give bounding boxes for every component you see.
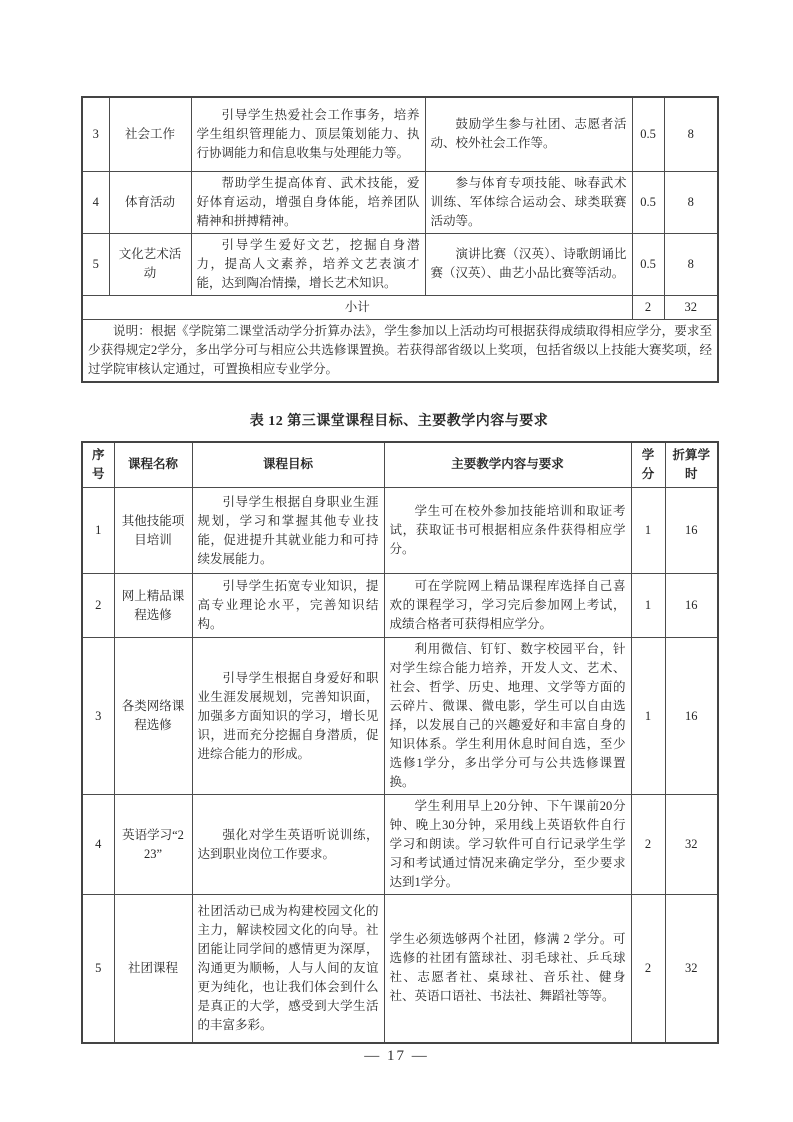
cell-course-name: 英语学习“223” bbox=[114, 795, 192, 895]
cell-seq-no: 3 bbox=[82, 638, 114, 795]
cell-seq-no: 3 bbox=[82, 97, 109, 171]
table12-title: 表 12 第三课堂课程目标、主要教学内容与要求 bbox=[81, 410, 717, 430]
cell-course-objective: 强化对学生英语听说训练，达到职业岗位工作要求。 bbox=[192, 795, 384, 895]
cell-credit: 0.5 bbox=[632, 97, 664, 171]
table-row: 3 社会工作 引导学生热爱社会工作事务，培养学生组织管理能力、顶层策划能力、执行… bbox=[82, 97, 718, 171]
cell-teaching-content: 参与体育专项技能、咏春武术训练、军体综合运动会、球类联赛活动等。 bbox=[425, 171, 632, 233]
table-row: 5 社团课程 社团活动已成为构建校园文化的主力，解读校园文化的向导。社团能让同学… bbox=[82, 895, 718, 1043]
table-row: 1 其他技能项目培训 引导学生根据自身职业生涯规划，学习和掌握其他专业技能，促进… bbox=[82, 488, 718, 574]
cell-teaching-content: 可在学院网上精品课程库选择自己喜欢的课程学习，学习完后参加网上考试，成绩合格者可… bbox=[384, 574, 631, 638]
header-hours: 折算学时 bbox=[665, 442, 718, 488]
third-classroom-courses-table: 序号 课程名称 课程目标 主要教学内容与要求 学分 折算学时 1 其他技能项目培… bbox=[81, 441, 719, 1044]
cell-teaching-content: 学生必须选够两个社团，修满 2 学分。可选修的社团有篮球社、羽毛球社、乒乓球社、… bbox=[384, 895, 631, 1043]
cell-credit: 2 bbox=[631, 895, 665, 1043]
cell-course-name: 文化艺术活动 bbox=[109, 233, 191, 295]
subtotal-hours: 32 bbox=[664, 295, 718, 319]
header-seq-no: 序号 bbox=[82, 442, 114, 488]
cell-course-objective: 引导学生热爱社会工作事务，培养学生组织管理能力、顶层策划能力、执行协调能力和信息… bbox=[191, 97, 425, 171]
subtotal-label: 小计 bbox=[82, 295, 632, 319]
cell-seq-no: 4 bbox=[82, 795, 114, 895]
table-row: 2 网上精品课程选修 引导学生拓宽专业知识，提高专业理论水平，完善知识结构。 可… bbox=[82, 574, 718, 638]
cell-course-objective: 引导学生拓宽专业知识，提高专业理论水平，完善知识结构。 bbox=[192, 574, 384, 638]
cell-credit: 0.5 bbox=[632, 171, 664, 233]
second-classroom-activities-table: 3 社会工作 引导学生热爱社会工作事务，培养学生组织管理能力、顶层策划能力、执行… bbox=[81, 96, 719, 383]
cell-hours: 32 bbox=[665, 895, 718, 1043]
cell-course-objective: 引导学生爱好文艺，挖掘自身潜力，提高人文素养，培养文艺表演才能，达到陶冶情操，增… bbox=[191, 233, 425, 295]
cell-course-name: 网上精品课程选修 bbox=[114, 574, 192, 638]
table-header-row: 序号 课程名称 课程目标 主要教学内容与要求 学分 折算学时 bbox=[82, 442, 718, 488]
cell-teaching-content: 鼓励学生参与社团、志愿者活动、校外社会工作等。 bbox=[425, 97, 632, 171]
cell-credit: 1 bbox=[631, 638, 665, 795]
table-row: 4 英语学习“223” 强化对学生英语听说训练，达到职业岗位工作要求。 学生利用… bbox=[82, 795, 718, 895]
cell-seq-no: 5 bbox=[82, 233, 109, 295]
header-course-name: 课程名称 bbox=[114, 442, 192, 488]
cell-hours: 8 bbox=[664, 233, 718, 295]
cell-course-name: 社团课程 bbox=[114, 895, 192, 1043]
table-row: 4 体育活动 帮助学生提高体育、武术技能，爱好体育运动，增强自身体能，培养团队精… bbox=[82, 171, 718, 233]
cell-hours: 8 bbox=[664, 97, 718, 171]
cell-seq-no: 1 bbox=[82, 488, 114, 574]
cell-teaching-content: 演讲比赛（汉英）、诗歌朗诵比赛（汉英）、曲艺小品比赛等活动。 bbox=[425, 233, 632, 295]
cell-hours: 32 bbox=[665, 795, 718, 895]
header-credit: 学分 bbox=[631, 442, 665, 488]
note-row: 说明：根据《学院第二课堂活动学分折算办法》，学生参加以上活动均可根据获得成绩取得… bbox=[82, 319, 718, 382]
cell-hours: 16 bbox=[665, 638, 718, 795]
table-note: 说明：根据《学院第二课堂活动学分折算办法》，学生参加以上活动均可根据获得成绩取得… bbox=[82, 319, 718, 382]
cell-course-name: 体育活动 bbox=[109, 171, 191, 233]
subtotal-credit: 2 bbox=[632, 295, 664, 319]
table-row: 3 各类网络课程选修 引导学生根据自身爱好和职业生涯发展规划，完善知识面，加强多… bbox=[82, 638, 718, 795]
cell-teaching-content: 学生利用早上20分钟、下午课前20分钟、晚上30分钟，采用线上英语软件自行学习和… bbox=[384, 795, 631, 895]
cell-hours: 8 bbox=[664, 171, 718, 233]
cell-seq-no: 4 bbox=[82, 171, 109, 233]
cell-course-objective: 帮助学生提高体育、武术技能，爱好体育运动，增强自身体能，培养团队精神和拼搏精神。 bbox=[191, 171, 425, 233]
cell-course-name: 各类网络课程选修 bbox=[114, 638, 192, 795]
document-page: 3 社会工作 引导学生热爱社会工作事务，培养学生组织管理能力、顶层策划能力、执行… bbox=[0, 0, 793, 1122]
cell-course-objective: 社团活动已成为构建校园文化的主力，解读校园文化的向导。社团能让同学间的感情更为深… bbox=[192, 895, 384, 1043]
cell-credit: 2 bbox=[631, 795, 665, 895]
cell-credit: 1 bbox=[631, 574, 665, 638]
cell-hours: 16 bbox=[665, 488, 718, 574]
cell-teaching-content: 利用微信、钉钉、数字校园平台，针对学生综合能力培养，开发人文、艺术、社会、哲学、… bbox=[384, 638, 631, 795]
cell-credit: 1 bbox=[631, 488, 665, 574]
cell-seq-no: 5 bbox=[82, 895, 114, 1043]
cell-course-name: 社会工作 bbox=[109, 97, 191, 171]
table-row: 5 文化艺术活动 引导学生爱好文艺，挖掘自身潜力，提高人文素养，培养文艺表演才能… bbox=[82, 233, 718, 295]
cell-teaching-content: 学生可在校外参加技能培训和取证考试，获取证书可根据相应条件获得相应学分。 bbox=[384, 488, 631, 574]
cell-course-objective: 引导学生根据自身职业生涯规划，学习和掌握其他专业技能，促进提升其就业能力和可持续… bbox=[192, 488, 384, 574]
page-content: 3 社会工作 引导学生热爱社会工作事务，培养学生组织管理能力、顶层策划能力、执行… bbox=[81, 96, 717, 1044]
cell-course-objective: 引导学生根据自身爱好和职业生涯发展规划，完善知识面，加强多方面知识的学习，增长见… bbox=[192, 638, 384, 795]
page-number: — 17 — bbox=[0, 1048, 793, 1065]
cell-seq-no: 2 bbox=[82, 574, 114, 638]
subtotal-row: 小计 2 32 bbox=[82, 295, 718, 319]
cell-credit: 0.5 bbox=[632, 233, 664, 295]
header-course-objective: 课程目标 bbox=[192, 442, 384, 488]
cell-hours: 16 bbox=[665, 574, 718, 638]
header-teaching-content: 主要教学内容与要求 bbox=[384, 442, 631, 488]
cell-course-name: 其他技能项目培训 bbox=[114, 488, 192, 574]
